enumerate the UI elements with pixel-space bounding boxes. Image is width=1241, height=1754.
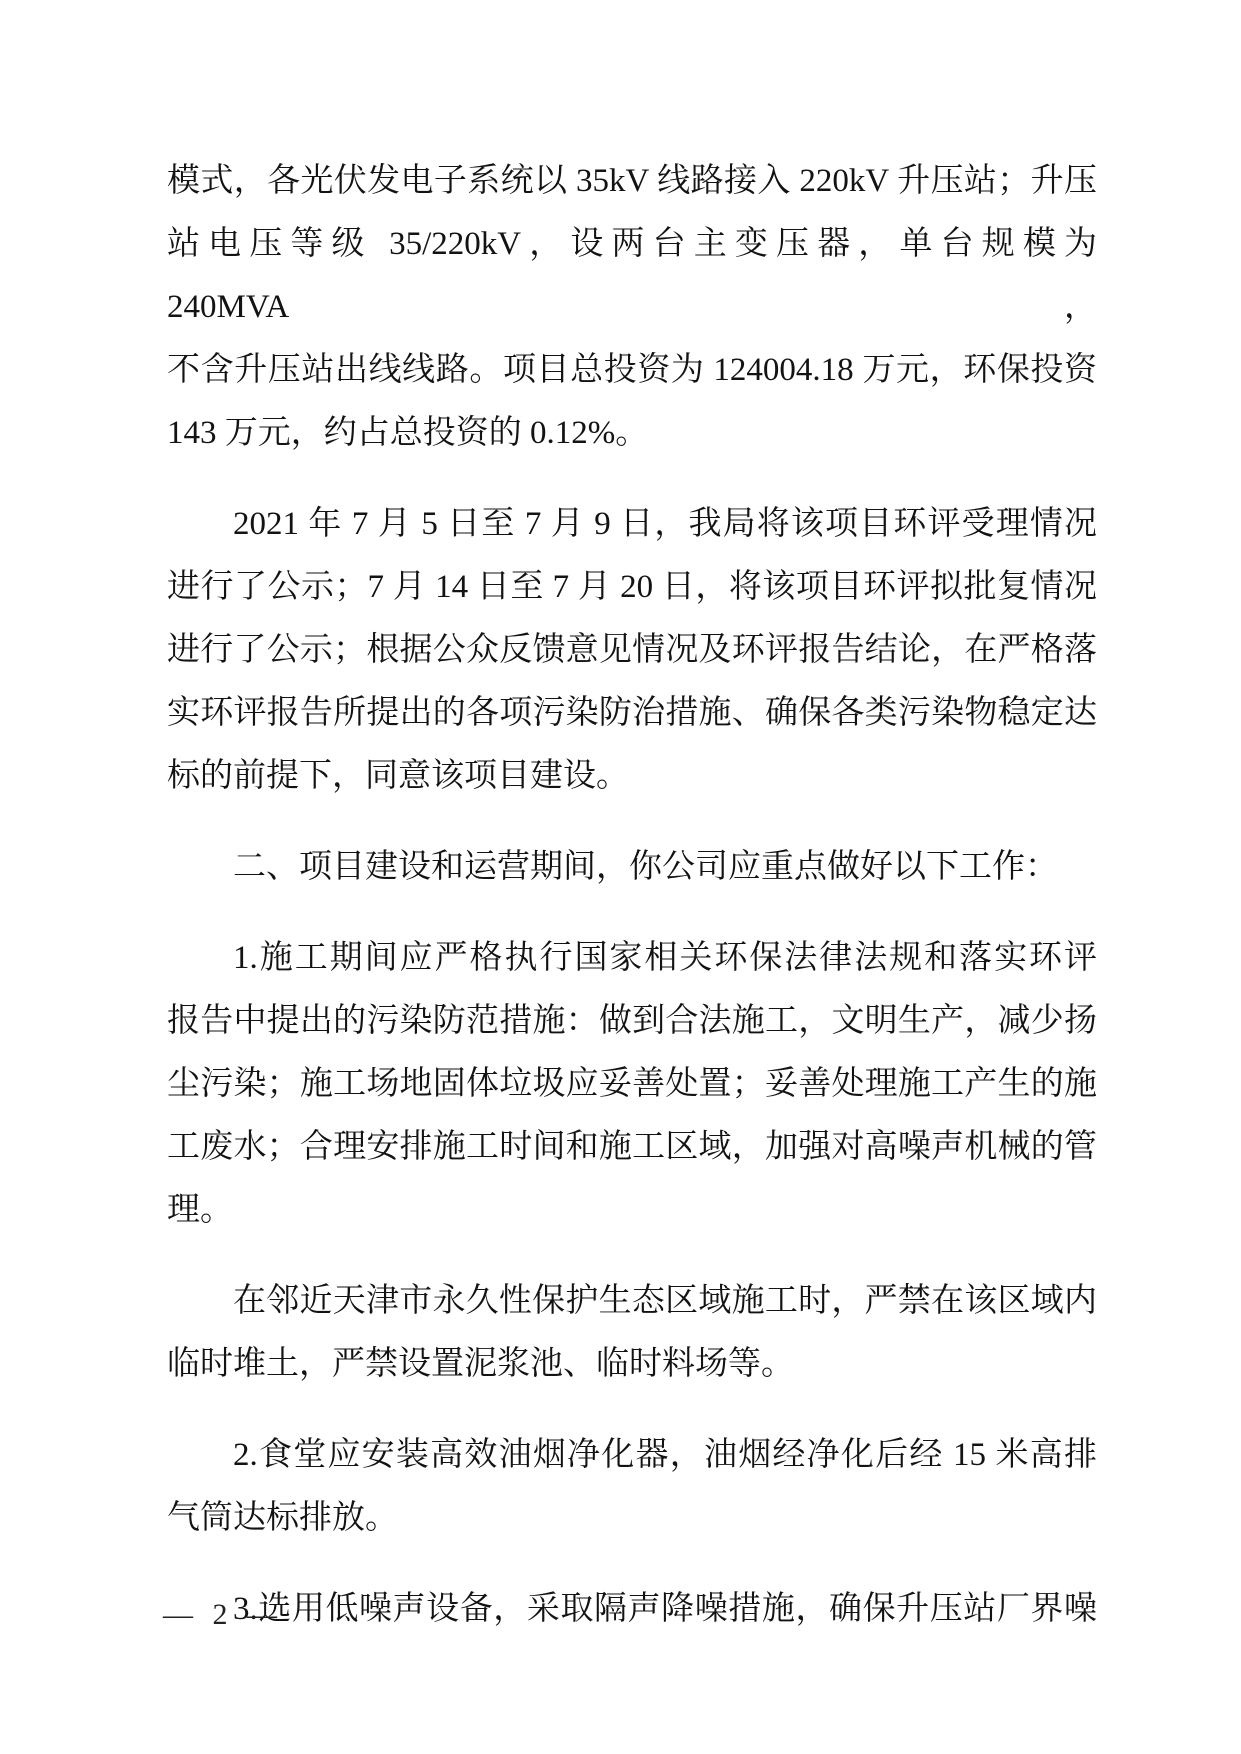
paragraph-section-two-heading: 二、项目建设和运营期间，你公司应重点做好以下工作：: [167, 836, 1097, 899]
text-line: 站电压等级 35/220kV，设两台主变压器，单台规模为 240MVA，: [167, 213, 1097, 339]
text-line: 工废水；合理安排施工时间和施工区域，加强对高噪声机械的管: [167, 1116, 1097, 1179]
text-line: 临时堆土，严禁设置泥浆池、临时料场等。: [167, 1333, 1097, 1396]
text-line: 143 万元，约占总投资的 0.12%。: [167, 402, 1097, 465]
document-page: 模式，各光伏发电子系统以 35kV 线路接入 220kV 升压站；升压 站电压等…: [0, 0, 1241, 1754]
paragraph-item-2-canteen: 2.食堂应安装高效油烟净化器，油烟经净化后经 15 米高排 气筒达标排放。: [167, 1424, 1097, 1550]
text-line: 在邻近天津市永久性保护生态区域施工时，严禁在该区域内: [167, 1270, 1097, 1333]
text-line: 报告中提出的污染防范措施：做到合法施工，文明生产，减少扬: [167, 990, 1097, 1053]
text-line: 模式，各光伏发电子系统以 35kV 线路接入 220kV 升压站；升压: [167, 150, 1097, 213]
text-line: 实环评报告所提出的各项污染防治措施、确保各类污染物稳定达: [167, 682, 1097, 745]
paragraph-project-overview: 模式，各光伏发电子系统以 35kV 线路接入 220kV 升压站；升压 站电压等…: [167, 150, 1097, 465]
text-line: 不含升压站出线线路。项目总投资为 124004.18 万元，环保投资: [167, 339, 1097, 402]
text-line: 3.选用低噪声设备，采取隔声降噪措施，确保升压站厂界噪: [167, 1578, 1097, 1641]
text-line: 2.食堂应安装高效油烟净化器，油烟经净化后经 15 米高排: [167, 1424, 1097, 1487]
paragraph-item-3-noise: 3.选用低噪声设备，采取隔声降噪措施，确保升压站厂界噪: [167, 1578, 1097, 1641]
paragraph-ecological-protection: 在邻近天津市永久性保护生态区域施工时，严禁在该区域内 临时堆土，严禁设置泥浆池、…: [167, 1270, 1097, 1396]
paragraph-item-1-construction: 1.施工期间应严格执行国家相关环保法律法规和落实环评 报告中提出的污染防范措施：…: [167, 927, 1097, 1242]
text-line: 气筒达标排放。: [167, 1487, 1097, 1550]
text-line: 理。: [167, 1179, 1097, 1242]
page-number: — 2 —: [163, 1597, 283, 1633]
text-line: 进行了公示；根据公众反馈意见情况及环评报告结论，在严格落: [167, 619, 1097, 682]
text-line: 二、项目建设和运营期间，你公司应重点做好以下工作：: [167, 836, 1097, 899]
paragraph-public-notice: 2021 年 7 月 5 日至 7 月 9 日，我局将该项目环评受理情况 进行了…: [167, 493, 1097, 808]
text-line: 标的前提下，同意该项目建设。: [167, 745, 1097, 808]
text-line: 1.施工期间应严格执行国家相关环保法律法规和落实环评: [167, 927, 1097, 990]
document-body: 模式，各光伏发电子系统以 35kV 线路接入 220kV 升压站；升压 站电压等…: [167, 150, 1097, 1641]
text-line: 进行了公示；7 月 14 日至 7 月 20 日，将该项目环评拟批复情况: [167, 556, 1097, 619]
text-line: 2021 年 7 月 5 日至 7 月 9 日，我局将该项目环评受理情况: [167, 493, 1097, 556]
text-line: 尘污染；施工场地固体垃圾应妥善处置；妥善处理施工产生的施: [167, 1053, 1097, 1116]
